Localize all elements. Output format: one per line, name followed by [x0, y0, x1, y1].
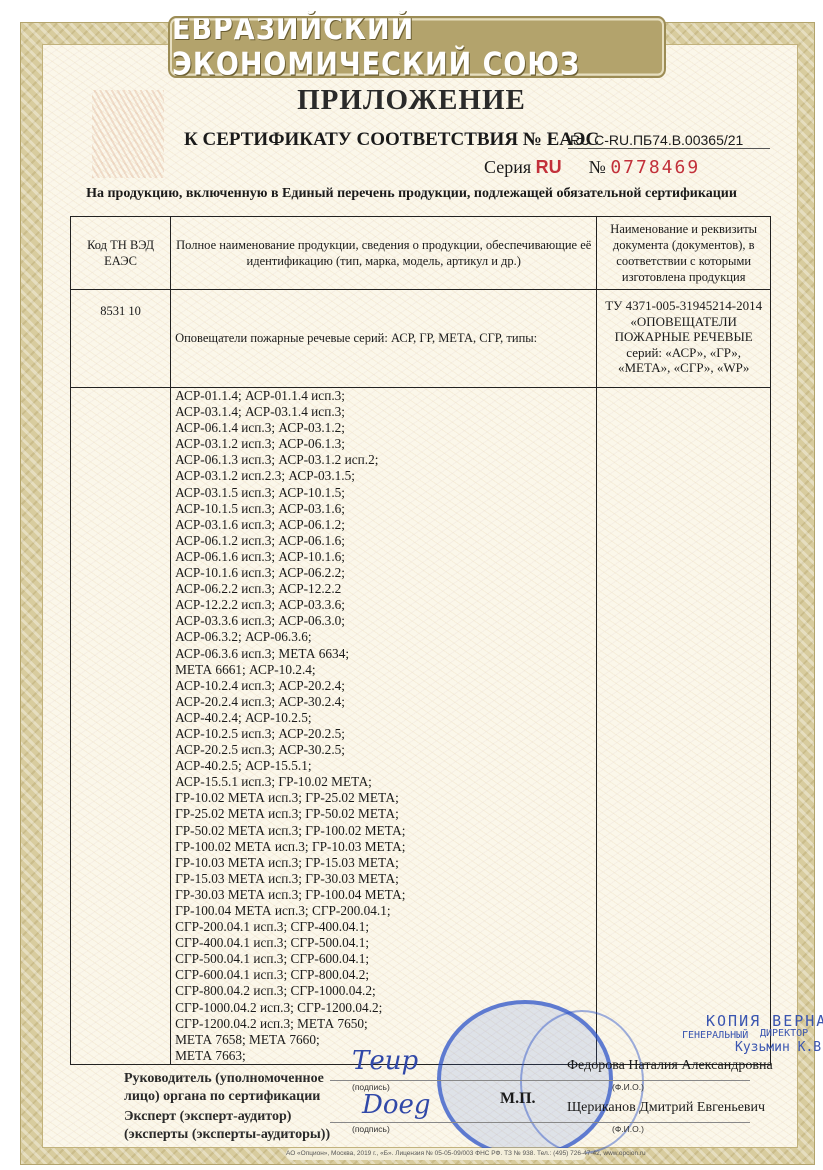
- list-item: ГР-10.03 МЕТА исп.3; ГР-15.03 МЕТА;: [175, 855, 592, 871]
- number-label: №: [589, 157, 606, 177]
- list-item: АСР-03.1.2 исп.3; АСР-06.1.3;: [175, 436, 592, 452]
- list-item: АСР-06.3.6 исп.3; МЕТА 6634;: [175, 646, 592, 662]
- list-item: АСР-40.2.4; АСР-10.2.5;: [175, 710, 592, 726]
- document-line: «МЕТА», «СГР», «WP»: [598, 360, 769, 376]
- fio-caption: (Ф.И.О.): [612, 1082, 644, 1092]
- certificate-label: К СЕРТИФИКАТУ СООТВЕТСТВИЯ № ЕАЭС: [184, 129, 599, 151]
- list-item: АСР-06.1.3 исп.3; АСР-03.1.2 исп.2;: [175, 452, 592, 468]
- list-item: АСР-10.1.6 исп.3; АСР-06.2.2;: [175, 565, 592, 581]
- empty-cell: [71, 388, 171, 1065]
- table-row: 8531 10 Оповещатели пожарные речевые сер…: [71, 290, 771, 388]
- subtitle: На продукцию, включенную в Единый перече…: [0, 186, 823, 202]
- list-item: ГР-50.02 МЕТА исп.3; ГР-100.02 МЕТА;: [175, 823, 592, 839]
- head-name: Федорова Наталия Александровна: [567, 1058, 773, 1074]
- list-item: МЕТА 6661; АСР-10.2.4;: [175, 662, 592, 678]
- list-item: АСР-03.1.5 исп.3; АСР-10.1.5;: [175, 485, 592, 501]
- list-item: АСР-06.1.2 исп.3; АСР-06.1.6;: [175, 533, 592, 549]
- list-item: ГР-100.02 МЕТА исп.3; ГР-10.03 МЕТА;: [175, 839, 592, 855]
- header-product: Полное наименование продукции, сведения …: [171, 217, 597, 290]
- head-signature: Тeup: [352, 1046, 418, 1076]
- list-item: АСР-10.2.4 исп.3; АСР-20.2.4;: [175, 678, 592, 694]
- list-item: АСР-40.2.5; АСР-15.5.1;: [175, 758, 592, 774]
- header-document: Наименование и реквизиты документа (доку…: [597, 217, 771, 290]
- list-item: АСР-20.2.5 исп.3; АСР-30.2.5;: [175, 742, 592, 758]
- list-item: СГР-500.04.1 исп.3; СГР-600.04.1;: [175, 951, 592, 967]
- list-item: АСР-20.2.4 исп.3; АСР-30.2.4;: [175, 694, 592, 710]
- document-reference: ТУ 4371-005-31945214-2014«ОПОВЕЩАТЕЛИПОЖ…: [597, 290, 771, 388]
- fio-caption: (Ф.И.О.): [612, 1124, 644, 1134]
- copy-title-b: ДИРЕКТОР: [760, 1028, 808, 1039]
- table-row: АСР-01.1.4; АСР-01.1.4 исп.3;АСР-03.1.4;…: [71, 388, 771, 1065]
- expert-label: Эксперт (эксперт-аудитор) (эксперты (экс…: [124, 1108, 330, 1144]
- list-item: АСР-12.2.2 исп.3; АСР-03.3.6;: [175, 597, 592, 613]
- list-item: ГР-100.04 МЕТА исп.3; СГР-200.04.1;: [175, 903, 592, 919]
- expert-name: Щериканов Дмитрий Евгеньевич: [567, 1100, 765, 1116]
- list-item: АСР-03.1.6 исп.3; АСР-06.1.2;: [175, 517, 592, 533]
- list-item: АСР-06.1.6 исп.3; АСР-10.1.6;: [175, 549, 592, 565]
- seal-mark: М.П.: [500, 1090, 536, 1108]
- head-label: Руководитель (уполномоченное лицо) орган…: [124, 1070, 324, 1106]
- list-item: АСР-03.3.6 исп.3; АСР-06.3.0;: [175, 613, 592, 629]
- expert-signature-line: [330, 1122, 750, 1123]
- copy-signer: Кузьмин К.В.: [735, 1040, 823, 1055]
- list-item: АСР-03.1.2 исп.2.3; АСР-03.1.5;: [175, 468, 592, 484]
- list-item: ГР-30.03 МЕТА исп.3; ГР-100.04 МЕТА;: [175, 887, 592, 903]
- serial-number: 0778469: [610, 157, 700, 178]
- list-item: СГР-200.04.1 исп.3; СГР-400.04.1;: [175, 919, 592, 935]
- list-item: АСР-06.3.2; АСР-06.3.6;: [175, 629, 592, 645]
- list-item: АСР-06.2.2 исп.3; АСР-12.2.2: [175, 581, 592, 597]
- list-item: АСР-10.1.5 исп.3; АСР-03.1.6;: [175, 501, 592, 517]
- series-line: Серия RU № 0778469: [484, 157, 700, 178]
- list-item: СГР-800.04.2 исп.3; СГР-1000.04.2;: [175, 983, 592, 999]
- union-banner: ЕВРАЗИЙСКИЙ ЭКОНОМИЧЕСКИЙ СОЮЗ: [170, 18, 664, 76]
- document-line: ТУ 4371-005-31945214-2014: [598, 298, 769, 314]
- document-line: ПОЖАРНЫЕ РЕЧЕВЫЕ: [598, 329, 769, 345]
- printer-footer: АО «Опцион», Москва, 2019 г., «Б». Лицен…: [286, 1148, 586, 1160]
- list-item: АСР-01.1.4; АСР-01.1.4 исп.3;: [175, 388, 592, 404]
- series-value: RU: [536, 157, 562, 177]
- list-item: ГР-15.03 МЕТА исп.3; ГР-30.03 МЕТА;: [175, 871, 592, 887]
- empty-cell: [597, 388, 771, 1065]
- list-item: АСР-15.5.1 исп.3; ГР-10.02 МЕТА;: [175, 774, 592, 790]
- signature-caption: (подпись): [352, 1124, 390, 1134]
- list-item: АСР-03.1.4; АСР-03.1.4 исп.3;: [175, 404, 592, 420]
- list-item: ГР-25.02 МЕТА исп.3; ГР-50.02 МЕТА;: [175, 806, 592, 822]
- hs-code: 8531 10: [71, 290, 171, 388]
- head-signature-line: [330, 1080, 750, 1081]
- list-item: ГР-10.02 МЕТА исп.3; ГР-25.02 МЕТА;: [175, 790, 592, 806]
- list-item: СГР-400.04.1 исп.3; СГР-500.04.1;: [175, 935, 592, 951]
- certificate-number: RU C-RU.ПБ74.В.00365/21: [568, 132, 770, 149]
- product-heading: Оповещатели пожарные речевые серий: АСР,…: [171, 290, 597, 388]
- products-table: Код ТН ВЭД ЕАЭС Полное наименование прод…: [70, 216, 771, 1065]
- list-item: СГР-600.04.1 исп.3; СГР-800.04.2;: [175, 967, 592, 983]
- series-label: Серия: [484, 157, 531, 177]
- document-line: «ОПОВЕЩАТЕЛИ: [598, 314, 769, 330]
- model-list: АСР-01.1.4; АСР-01.1.4 исп.3;АСР-03.1.4;…: [171, 388, 597, 1065]
- header-code: Код ТН ВЭД ЕАЭС: [71, 217, 171, 290]
- page-title: ПРИЛОЖЕНИЕ: [0, 84, 823, 117]
- document-line: серий: «АСР», «ГР»,: [598, 345, 769, 361]
- list-item: АСР-06.1.4 исп.3; АСР-03.1.2;: [175, 420, 592, 436]
- expert-signature: Doeg: [362, 1090, 431, 1120]
- list-item: АСР-10.2.5 исп.3; АСР-20.2.5;: [175, 726, 592, 742]
- table-header-row: Код ТН ВЭД ЕАЭС Полное наименование прод…: [71, 217, 771, 290]
